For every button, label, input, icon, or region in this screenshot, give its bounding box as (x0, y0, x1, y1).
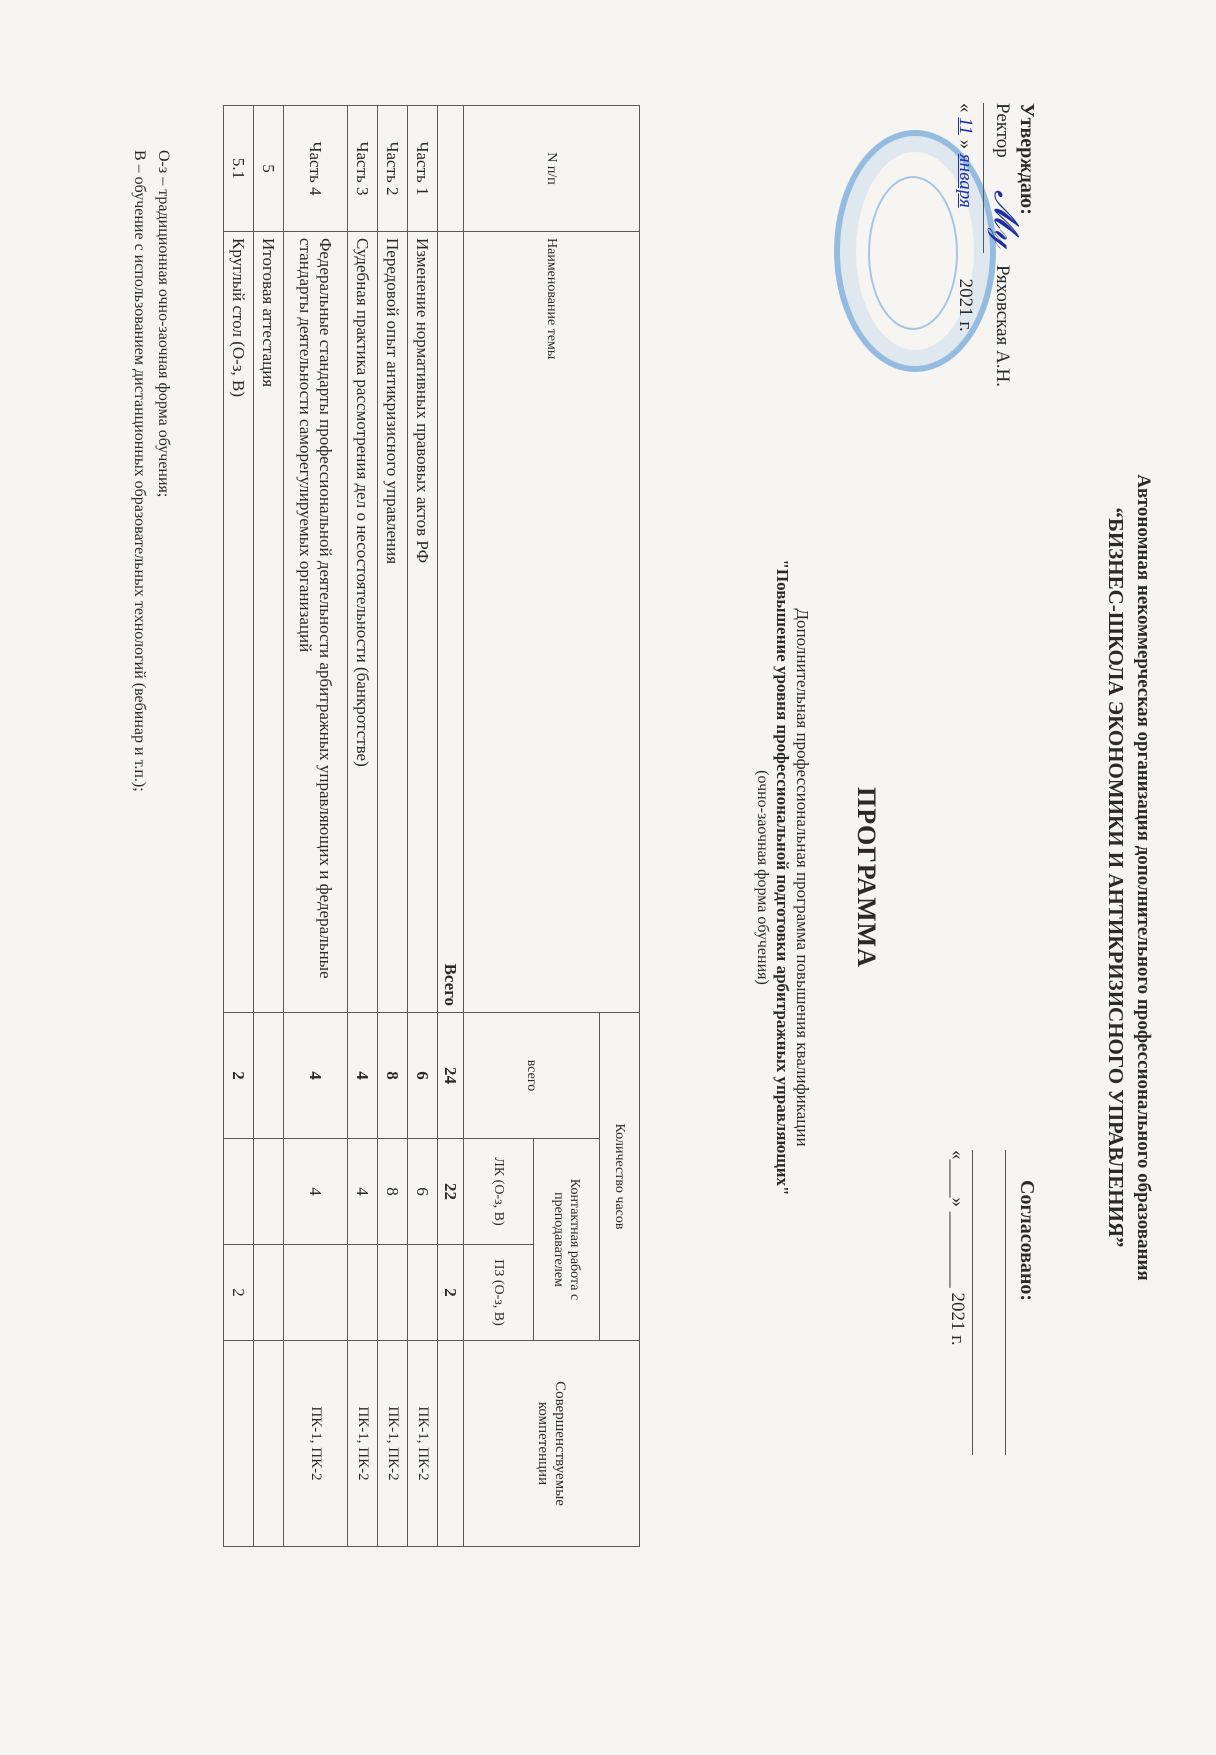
header-pz: ПЗ (О-з, В) (464, 1245, 534, 1341)
row-lk: 4 (348, 1139, 378, 1245)
row-total: 2 (224, 1013, 254, 1139)
program-table: N п/п Наименование темы Количество часов… (223, 105, 640, 1547)
signature-line (983, 103, 984, 253)
table-row: Часть 4Федеральные стандарты профессиона… (284, 106, 348, 1547)
row-name: Круглый стол (О-з, В) (224, 232, 254, 1013)
header-hours: Количество часов (600, 1013, 640, 1341)
row-competences: ПК-1, ПК-2 (408, 1341, 438, 1547)
header-competences: Совершенствуемые компетенции (464, 1341, 640, 1547)
row-num: Часть 4 (284, 106, 348, 232)
agreement-date: «____» ________ 2021 г. (946, 1150, 968, 1346)
program-name: "Повышение уровня профессиональной подго… (772, 0, 792, 1755)
signature-icon: 𝓜𝓎 (986, 190, 1026, 248)
row-lk: 8 (378, 1139, 408, 1245)
row-competences (224, 1341, 254, 1547)
table-row: Часть 1Изменение нормативных правовых ак… (408, 106, 438, 1547)
total-hours: 24 (438, 1013, 464, 1139)
date-day: 11 (955, 117, 976, 135)
row-pz (348, 1245, 378, 1341)
header-lk: ЛК (О-з, В) (464, 1139, 534, 1245)
agreement-line-2 (972, 1150, 973, 1455)
header-contact: Контактная работа с преподавателем (534, 1139, 600, 1341)
total-pz: 2 (438, 1245, 464, 1341)
row-pz (284, 1245, 348, 1341)
total-label: Всего (438, 232, 464, 1013)
row-lk (224, 1139, 254, 1245)
approval-position: Ректор (991, 103, 1013, 158)
org-name: “БИЗНЕС-ШКОЛА ЭКОНОМИКИ И АНТИКРИЗИСНОГО… (1103, 0, 1128, 1755)
date-open: « (955, 103, 976, 113)
row-pz (408, 1245, 438, 1341)
note-v: В – обучение с использованием дистанцион… (130, 150, 148, 792)
program-title: ПРОГРАММА (851, 0, 881, 1755)
row-num: Часть 3 (348, 106, 378, 232)
row-pz (378, 1245, 408, 1341)
total-competences (438, 1341, 464, 1547)
row-pz (254, 1245, 284, 1341)
row-name: Федеральные стандарты профессиональной д… (284, 232, 348, 1013)
org-line: Автономная некоммерческая организация до… (1132, 0, 1154, 1755)
approval-name: Ряховская А.Н. (991, 265, 1013, 387)
row-num: Часть 2 (378, 106, 408, 232)
row-name: Судебная практика рассмотрения дел о нес… (348, 232, 378, 1013)
row-lk: 6 (408, 1139, 438, 1245)
row-num: 5 (254, 106, 284, 232)
agreement-line-1 (1005, 1150, 1006, 1455)
total-lk: 22 (438, 1139, 464, 1245)
date-month: января (954, 154, 976, 274)
note-oz: О-з – традиционная очно-заочная форма об… (154, 150, 172, 497)
row-lk (254, 1139, 284, 1245)
row-lk: 4 (284, 1139, 348, 1245)
table-row: Часть 2Передовой опыт антикризисного упр… (378, 106, 408, 1547)
row-competences: ПК-1, ПК-2 (284, 1341, 348, 1547)
header-num: N п/п (464, 106, 640, 232)
table-row: 5.1Круглый стол (О-з, В)22 (224, 106, 254, 1547)
row-name: Итоговая аттестация (254, 232, 284, 1013)
program-subtitle: Дополнительная профессиональная программ… (792, 0, 812, 1755)
row-num: Часть 1 (408, 106, 438, 232)
row-name: Передовой опыт антикризисного управления (378, 232, 408, 1013)
row-total: 8 (378, 1013, 408, 1139)
row-total: 4 (348, 1013, 378, 1139)
date-close: » (955, 140, 976, 150)
row-total (254, 1013, 284, 1139)
row-competences (254, 1341, 284, 1547)
row-pz: 2 (224, 1245, 254, 1341)
row-total: 6 (408, 1013, 438, 1139)
row-name: Изменение нормативных правовых актов РФ (408, 232, 438, 1013)
approval-date: « 11 » января 2021 г. (954, 103, 976, 332)
program-form: (очно-заочная форма обучения) (753, 0, 771, 1755)
table-row-total: Всего 24 22 2 (438, 106, 464, 1547)
header-total: всего (464, 1013, 600, 1139)
row-competences: ПК-1, ПК-2 (378, 1341, 408, 1547)
agreement-label: Согласовано: (1015, 1180, 1038, 1301)
table-row: Часть 3Судебная практика рассмотрения де… (348, 106, 378, 1547)
row-total: 4 (284, 1013, 348, 1139)
date-year: 2021 г. (955, 279, 976, 332)
table-row: 5Итоговая аттестация (254, 106, 284, 1547)
row-num: 5.1 (224, 106, 254, 232)
row-competences: ПК-1, ПК-2 (348, 1341, 378, 1547)
document-page: Автономная некоммерческая организация до… (0, 0, 1216, 1755)
header-name: Наименование темы (464, 232, 640, 1013)
